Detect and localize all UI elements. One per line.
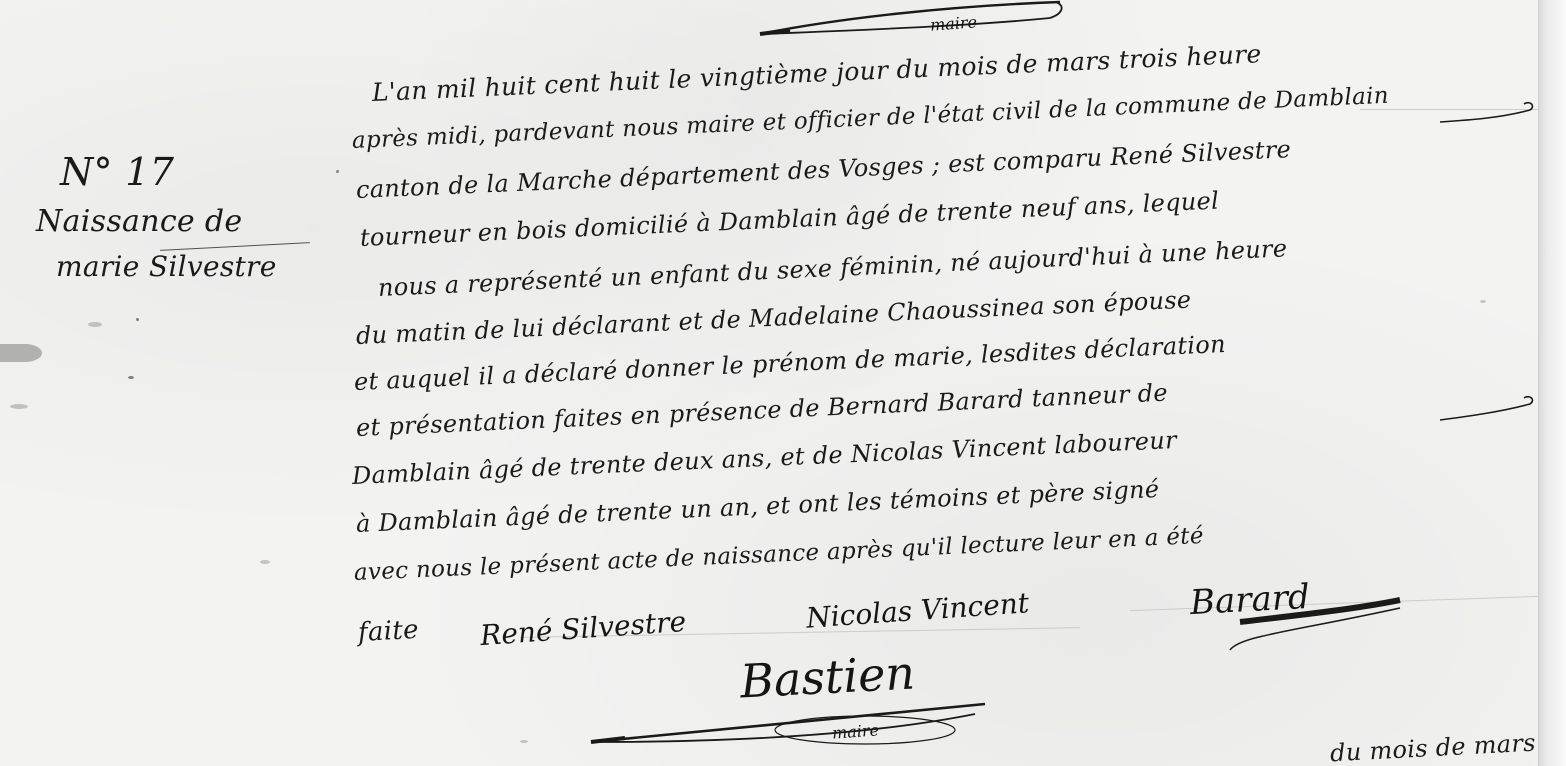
paper-speck: [336, 170, 339, 173]
margin-heading-line2: marie Silvestre: [56, 250, 277, 283]
record-number: N° 17: [60, 150, 174, 194]
mayor-flourish-top: [750, 0, 1070, 44]
mayor-title-top: maire: [929, 12, 977, 34]
line-end-flourish: [1440, 100, 1540, 140]
paper-speck: [1480, 300, 1486, 303]
line-end-flourish: [1440, 392, 1540, 432]
signature-father: René Silvestre: [479, 605, 687, 652]
body-line-12: faite: [357, 615, 419, 648]
scanned-document-page: maire N° 17 Naissance de marie Silvestre…: [0, 0, 1566, 766]
paper-speck: [88, 322, 102, 327]
signature-witness-nicolas-vincent: Nicolas Vincent: [805, 586, 1030, 634]
margin-heading-line1: Naissance de: [36, 204, 242, 239]
paper-speck: [10, 404, 28, 409]
mayor-title-bottom: maire: [831, 720, 879, 742]
paper-speck: [128, 376, 134, 379]
barard-signature-flourish: [1200, 596, 1420, 656]
mayor-signature-flourish: [585, 690, 1005, 750]
page-edge-shadow: [1538, 0, 1566, 766]
next-record-fragment: du mois de mars: [1329, 729, 1536, 766]
ink-stain: [0, 344, 42, 362]
paper-speck: [136, 318, 139, 321]
paper-speck: [520, 740, 528, 743]
paper-speck: [260, 560, 270, 564]
